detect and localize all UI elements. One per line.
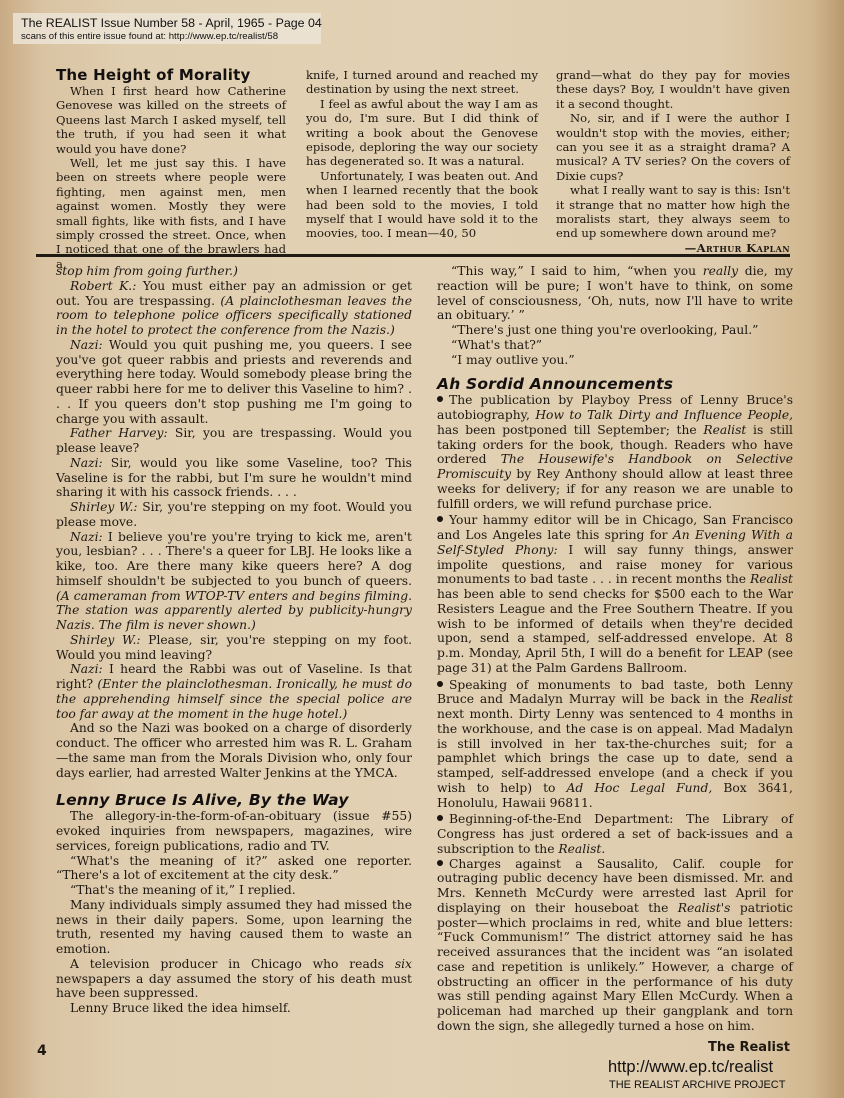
- dialogue-line: Nazi: Would you quit pushing me, you que…: [56, 338, 412, 427]
- banner-title: The REALIST Issue Number 58 - April, 196…: [21, 16, 322, 30]
- bullet-icon: [437, 860, 443, 866]
- dialogue-line: Nazi: Sir, would you like some Vaseline,…: [56, 456, 412, 500]
- paragraph: “I may outlive you.”: [437, 353, 793, 368]
- dialogue-line: Shirley W.: Sir, you're stepping on my f…: [56, 500, 412, 530]
- paragraph: “That's the meaning of it,” I replied.: [56, 883, 412, 898]
- paragraph: The allegory-in-the-form-of-an-obituary …: [56, 809, 412, 853]
- paragraph: Lenny Bruce liked the idea himself.: [56, 1001, 412, 1016]
- bullet-icon: [437, 815, 443, 821]
- paragraph: grand—what do they pay for movies these …: [556, 68, 790, 111]
- dialogue-line: Father Harvey: Sir, you are trespassing.…: [56, 426, 412, 456]
- paragraph: And so the Nazi was booked on a charge o…: [56, 721, 412, 780]
- speaker: Nazi:: [70, 662, 103, 676]
- article-heading-sordid-announcements: Ah Sordid Announcements: [437, 376, 793, 393]
- speaker: Nazi:: [70, 456, 103, 470]
- paragraph: Many individuals simply assumed they had…: [56, 898, 412, 957]
- speaker: Nazi:: [70, 530, 103, 544]
- speaker: Shirley W.:: [70, 500, 138, 514]
- paragraph: “There's just one thing you're overlooki…: [437, 323, 793, 338]
- paragraph: “What's that?”: [437, 338, 793, 353]
- announcement-item: Charges against a Sausalito, Calif. coup…: [437, 857, 793, 1034]
- top-article-col-3: grand—what do they pay for movies these …: [556, 68, 790, 255]
- archive-banner: The REALIST Issue Number 58 - April, 196…: [13, 13, 321, 44]
- dialogue-line: Robert K.: You must either pay an admiss…: [56, 279, 412, 338]
- left-column: stop him from going further.) Robert K.:…: [56, 264, 412, 1016]
- dialogue-line: Nazi: I heard the Rabbi was out of Vasel…: [56, 662, 412, 721]
- magazine-name: The Realist: [708, 1040, 790, 1055]
- paragraph: Unfortunately, I was beaten out. And whe…: [306, 169, 538, 241]
- page-number: 4: [37, 1043, 47, 1059]
- right-column: “This way,” I said to him, “when you rea…: [437, 264, 793, 1034]
- speaker: Shirley W.:: [70, 633, 141, 647]
- speaker: Nazi:: [70, 338, 103, 352]
- paragraph: A television producer in Chicago who rea…: [56, 957, 412, 1001]
- speaker: Father Harvey:: [70, 426, 168, 440]
- announcement-item: Your hammy editor will be in Chicago, Sa…: [437, 513, 793, 675]
- article-heading-lenny-bruce: Lenny Bruce Is Alive, By the Way: [56, 792, 412, 809]
- top-article-col-1: The Height of Morality When I first hear…: [56, 67, 286, 271]
- archive-project-label: THE REALIST ARCHIVE PROJECT: [609, 1079, 785, 1091]
- dialogue-line: Nazi: I believe you're you're trying to …: [56, 530, 412, 633]
- announcement-item: Speaking of monuments to bad taste, both…: [437, 678, 793, 811]
- paragraph: I feel as awful about the way I am as yo…: [306, 97, 538, 169]
- speaker: Robert K.:: [70, 279, 136, 293]
- article-heading-height-of-morality: The Height of Morality: [56, 67, 286, 84]
- announcement-item: The publication by Playboy Press of Lenn…: [437, 393, 793, 511]
- section-divider: [36, 254, 790, 257]
- paragraph: “What's the meaning of it?” asked one re…: [56, 854, 412, 884]
- archive-url-link[interactable]: http://www.ep.tc/realist: [608, 1058, 773, 1077]
- top-article-col-2: knife, I turned around and reached my de…: [306, 68, 538, 241]
- bullet-icon: [437, 681, 443, 687]
- banner-subtitle: scans of this entire issue found at: htt…: [21, 31, 278, 42]
- paragraph: When I first heard how Catherine Genoves…: [56, 84, 286, 156]
- paragraph: “This way,” I said to him, “when you rea…: [437, 264, 793, 323]
- paragraph: stop him from going further.): [56, 264, 412, 279]
- bullet-icon: [437, 516, 443, 522]
- bullet-icon: [437, 396, 443, 402]
- paragraph: knife, I turned around and reached my de…: [306, 68, 538, 97]
- dialogue-line: Shirley W.: Please, sir, you're stepping…: [56, 633, 412, 663]
- paragraph: No, sir, and if I were the author I woul…: [556, 111, 790, 183]
- paragraph: what I really want to say is this: Isn't…: [556, 183, 790, 241]
- announcement-item: Beginning-of-the-End Department: The Lib…: [437, 812, 793, 856]
